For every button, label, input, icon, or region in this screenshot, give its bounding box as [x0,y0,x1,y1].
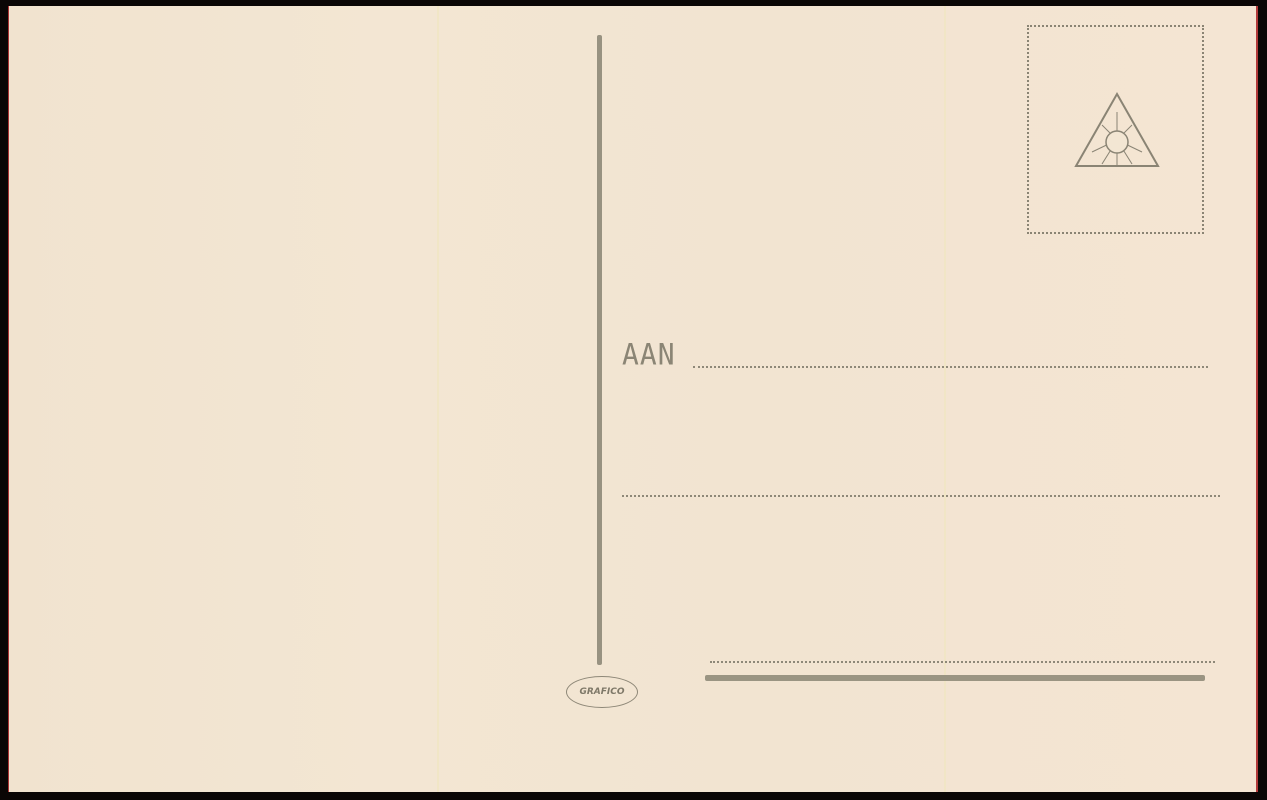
publisher-logo: GRAFICO [566,676,638,708]
address-line-2 [622,495,1220,497]
address-label: AAN [622,337,676,372]
triangle-sun-icon [1072,90,1162,170]
address-line-3 [710,661,1215,663]
center-divider [597,35,602,665]
address-line-1 [693,366,1208,368]
fold-line [437,6,439,792]
address-underline [705,675,1205,681]
